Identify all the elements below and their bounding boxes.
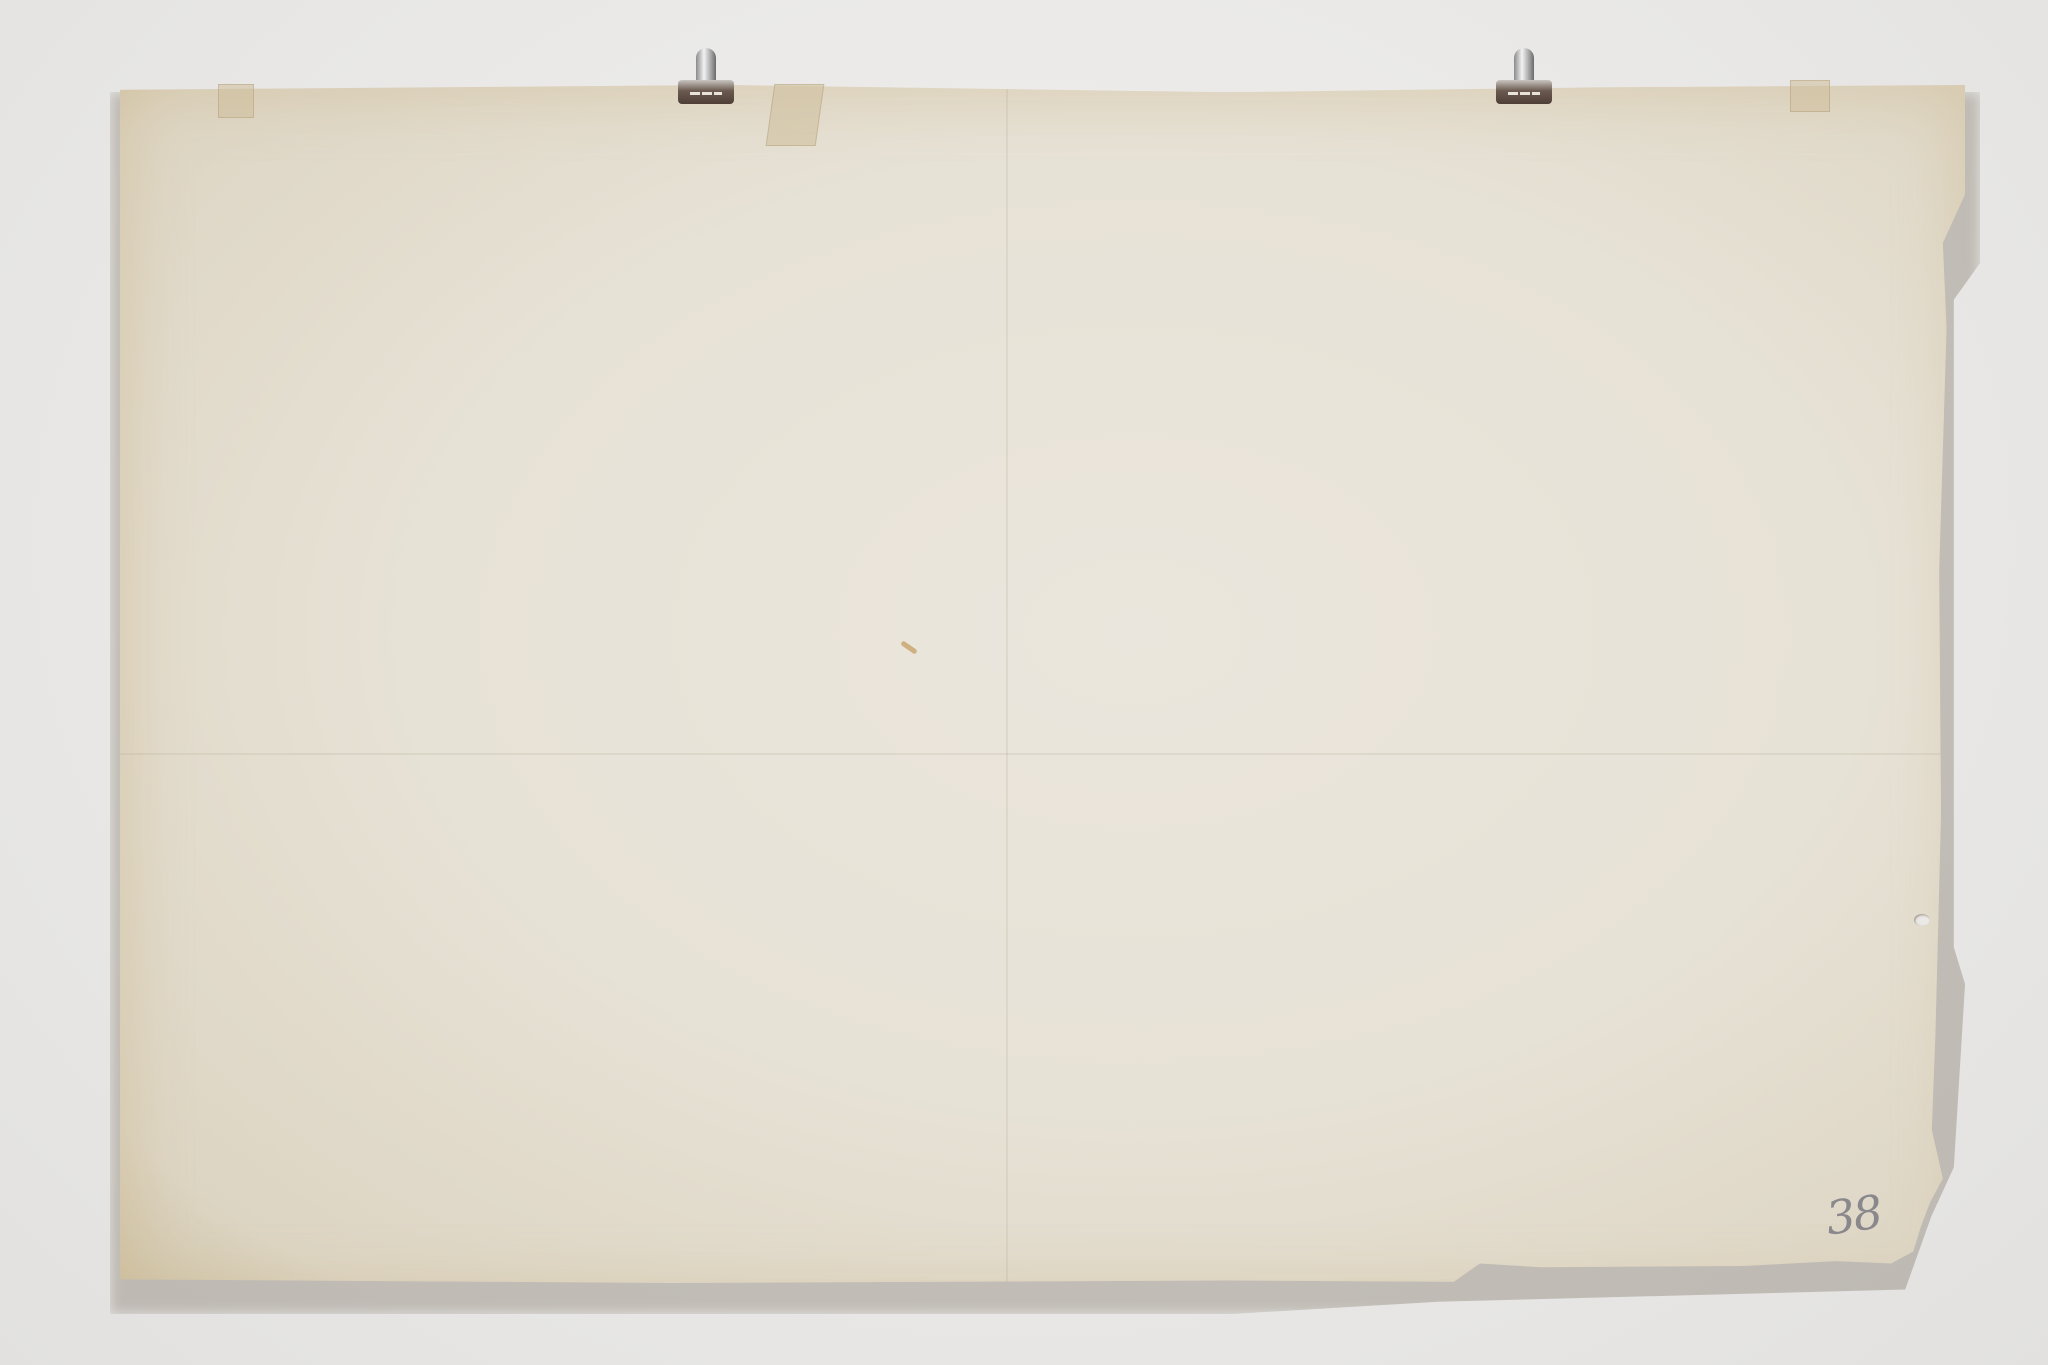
paper-crease (1006, 85, 1008, 1300)
paper-sheet (120, 85, 1965, 1300)
punch-hole (1914, 914, 1930, 926)
tape-top-left (218, 84, 254, 118)
clip-jaw (1496, 80, 1552, 104)
tape-top-right (1790, 80, 1830, 112)
paper-crease (120, 753, 1965, 755)
tape-near-left-clip (766, 84, 825, 146)
bulldog-clip-left (678, 48, 734, 118)
clip-spring (696, 48, 716, 84)
pencil-annotation: 38 (1823, 1184, 1885, 1245)
clip-spring (1514, 48, 1534, 84)
clip-jaw (678, 80, 734, 104)
paper-aging-tint (120, 85, 1965, 1300)
bulldog-clip-right (1496, 48, 1552, 118)
